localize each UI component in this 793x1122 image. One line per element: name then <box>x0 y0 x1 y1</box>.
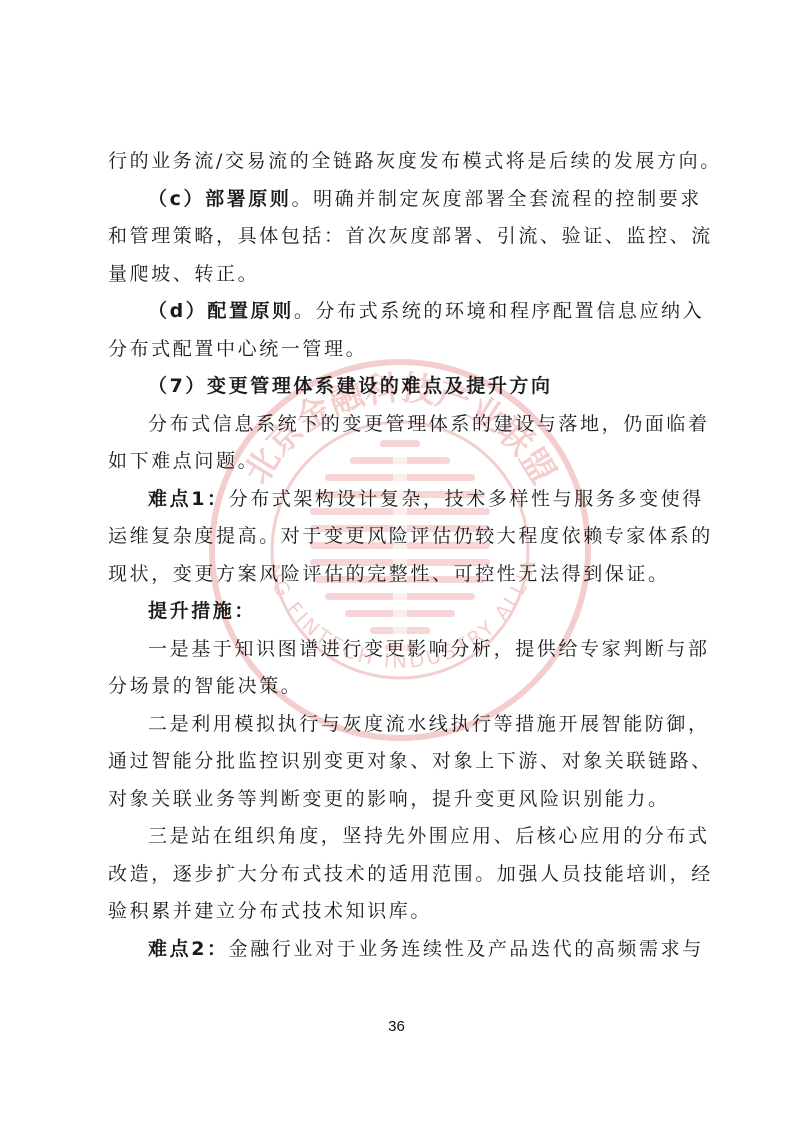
text-run: 二是利用模拟执行与灰度流水线执行等措施开展智能防御， <box>148 713 710 735</box>
text-run: 分布式架构设计复杂，技术多样性与服务多变使得 <box>229 488 704 510</box>
text-line: 量爬坡、转正。 <box>108 256 698 294</box>
text-line: 和管理策略，具体包括：首次灰度部署、引流、验证、监控、流 <box>108 218 690 256</box>
body-text: 行的业务流/交易流的全链路灰度发布模式将是后续的发展方向。（c）部署原则。明确并… <box>108 143 698 968</box>
text-run: 对象关联业务等判断变更的影响，提升变更风险识别能力。 <box>108 788 670 810</box>
text-run: 金融行业对于业务连续性及产品迭代的高频需求与 <box>229 938 704 960</box>
text-run: 分布式配置中心统一管理。 <box>108 338 367 360</box>
bold-heading-run: 难点1： <box>148 488 229 510</box>
text-run: 。分布式系统的环境和程序配置信息应纳入 <box>294 300 704 322</box>
text-line: 改造，逐步扩大分布式技术的适用范围。加强人员技能培训，经 <box>108 856 690 894</box>
text-line: 难点2：金融行业对于业务连续性及产品迭代的高频需求与 <box>108 931 690 969</box>
text-run: 。明确并制定灰度部署全套流程的控制要求 <box>291 188 701 210</box>
bold-heading-run: 提升措施： <box>148 600 256 622</box>
text-line: 对象关联业务等判断变更的影响，提升变更风险识别能力。 <box>108 781 698 819</box>
text-line: （d）配置原则。分布式系统的环境和程序配置信息应纳入 <box>108 293 690 331</box>
text-line: 通过智能分批监控识别变更对象、对象上下游、对象关联链路、 <box>108 743 690 781</box>
text-run: 改造，逐步扩大分布式技术的适用范围。加强人员技能培训，经 <box>108 863 713 885</box>
text-line: 验积累并建立分布式技术知识库。 <box>108 893 698 931</box>
page-number: 36 <box>0 1018 793 1035</box>
text-run: 行的业务流/交易流的全链路灰度发布模式将是后续的发展方向。 <box>108 150 722 172</box>
text-run: 现状，变更方案风险评估的完整性、可控性无法得到保证。 <box>108 563 670 585</box>
text-run: 和管理策略，具体包括：首次灰度部署、引流、验证、监控、流 <box>108 225 713 247</box>
text-run: 运维复杂度提高。对于变更风险评估仍较大程度依赖专家体系的 <box>108 525 713 547</box>
text-run: 通过智能分批监控识别变更对象、对象上下游、对象关联链路、 <box>108 750 713 772</box>
text-run: 验积累并建立分布式技术知识库。 <box>108 900 432 922</box>
text-line: （7）变更管理体系建设的难点及提升方向 <box>108 368 698 406</box>
text-line: 分布式配置中心统一管理。 <box>108 331 698 369</box>
text-run: 量爬坡、转正。 <box>108 263 259 285</box>
text-line: 三是站在组织角度，坚持先外围应用、后核心应用的分布式 <box>108 818 690 856</box>
text-line: 如下难点问题。 <box>108 443 698 481</box>
text-line: 分布式信息系统下的变更管理体系的建设与落地，仍面临着 <box>108 406 690 444</box>
document-page: 北京金融科技产业联盟 BEIJING FINTECH INDUSTRY ALLI… <box>0 0 793 1122</box>
text-run: 分布式信息系统下的变更管理体系的建设与落地，仍面临着 <box>148 413 710 435</box>
text-line: 难点1：分布式架构设计复杂，技术多样性与服务多变使得 <box>108 481 690 519</box>
text-run: 三是站在组织角度，坚持先外围应用、后核心应用的分布式 <box>148 825 710 847</box>
text-line: 现状，变更方案风险评估的完整性、可控性无法得到保证。 <box>108 556 698 594</box>
text-line: 提升措施： <box>108 593 698 631</box>
text-run: 分场景的智能决策。 <box>108 675 302 697</box>
text-run: 一是基于知识图谱进行变更影响分析，提供给专家判断与部 <box>148 638 710 660</box>
bold-heading-run: （d）配置原则 <box>148 300 294 322</box>
text-line: 一是基于知识图谱进行变更影响分析，提供给专家判断与部 <box>108 631 690 669</box>
text-line: （c）部署原则。明确并制定灰度部署全套流程的控制要求 <box>108 181 690 219</box>
bold-heading-run: （c）部署原则 <box>148 188 291 210</box>
bold-heading-run: （7）变更管理体系建设的难点及提升方向 <box>148 375 553 397</box>
text-line: 分场景的智能决策。 <box>108 668 698 706</box>
text-line: 运维复杂度提高。对于变更风险评估仍较大程度依赖专家体系的 <box>108 518 690 556</box>
text-line: 二是利用模拟执行与灰度流水线执行等措施开展智能防御， <box>108 706 690 744</box>
text-run: 如下难点问题。 <box>108 450 259 472</box>
bold-heading-run: 难点2： <box>148 938 229 960</box>
text-line: 行的业务流/交易流的全链路灰度发布模式将是后续的发展方向。 <box>108 143 690 181</box>
